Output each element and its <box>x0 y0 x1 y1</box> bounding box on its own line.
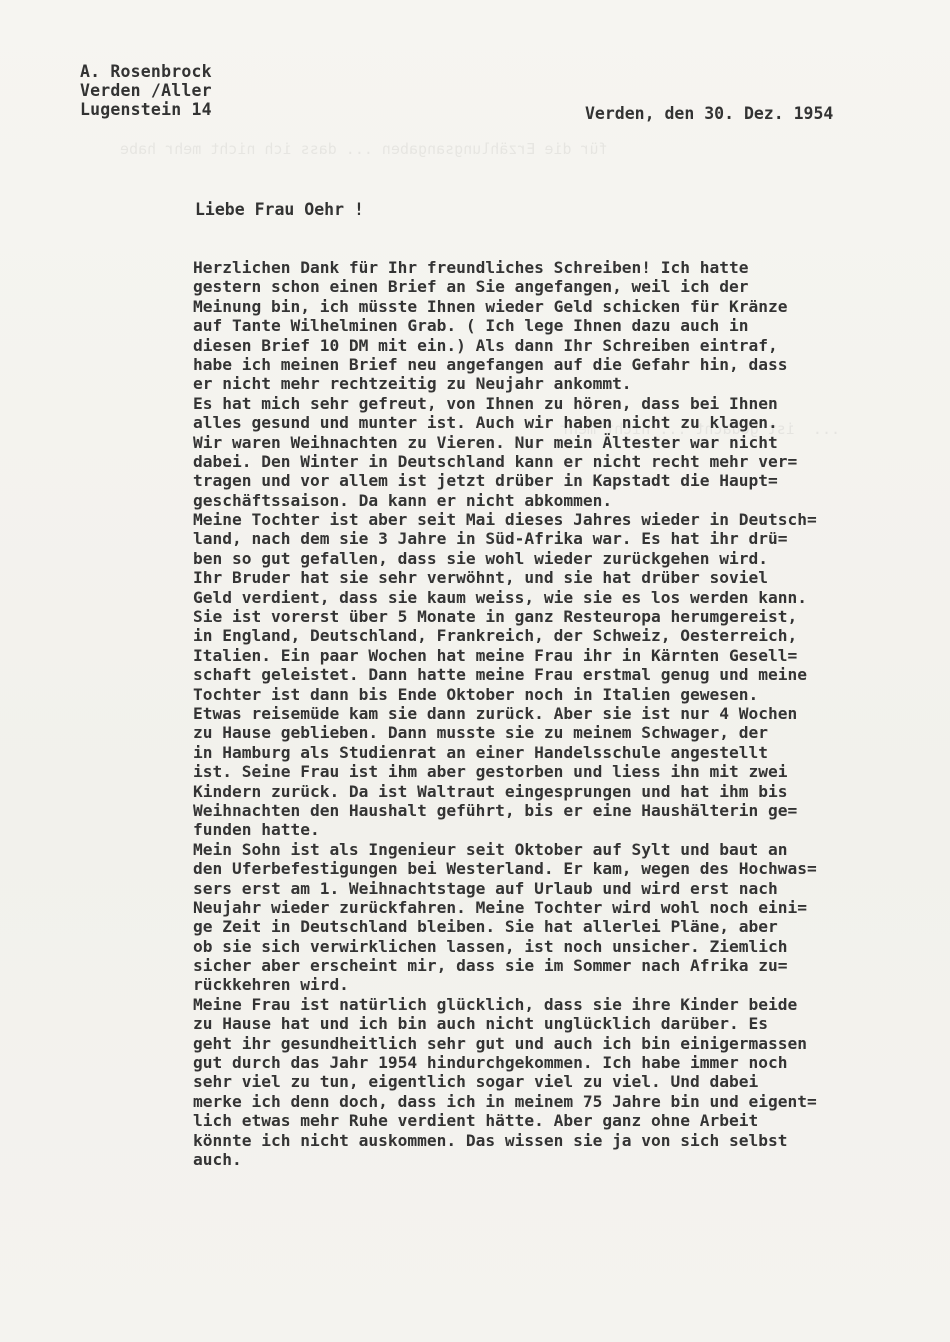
body-line: Neujahr wieder zurückfahren. Meine Tocht… <box>193 898 923 917</box>
body-line: ob sie sich verwirklichen lassen, ist no… <box>193 937 923 956</box>
body-line: Meine Frau ist natürlich glücklich, dass… <box>193 995 923 1014</box>
body-line: ist. Seine Frau ist ihm aber gestorben u… <box>193 762 923 781</box>
sender-street: Lugenstein 14 <box>80 100 212 119</box>
body-line: Tochter ist dann bis Ende Oktober noch i… <box>193 685 923 704</box>
sender-address: A. Rosenbrock Verden /Aller Lugenstein 1… <box>80 62 212 119</box>
body-line: sicher aber erscheint mir, dass sie im S… <box>193 956 923 975</box>
body-line: funden hatte. <box>193 820 923 839</box>
body-line: den Uferbefestigungen bei Westerland. Er… <box>193 859 923 878</box>
body-line: schaft geleistet. Dann hatte meine Frau … <box>193 665 923 684</box>
salutation: Liebe Frau Oehr ! <box>195 200 364 219</box>
body-line: geschäftssaison. Da kann er nicht abkomm… <box>193 491 923 510</box>
body-line: in England, Deutschland, Frankreich, der… <box>193 626 923 645</box>
body-line: rückkehren wird. <box>193 975 923 994</box>
body-line: land, nach dem sie 3 Jahre in Süd-Afrika… <box>193 529 923 548</box>
body-line: Wir waren Weihnachten zu Vieren. Nur mei… <box>193 433 923 452</box>
body-line: sehr viel zu tun, eigentlich sogar viel … <box>193 1072 923 1091</box>
body-line: Geld verdient, dass sie kaum weiss, wie … <box>193 588 923 607</box>
body-line: in Hamburg als Studienrat an einer Hande… <box>193 743 923 762</box>
body-line: merke ich denn doch, dass ich in meinem … <box>193 1092 923 1111</box>
body-line: auch. <box>193 1150 923 1169</box>
body-line: Meinung bin, ich müsste Ihnen wieder Gel… <box>193 297 923 316</box>
body-line: Kindern zurück. Da ist Waltraut eingespr… <box>193 782 923 801</box>
body-line: Etwas reisemüde kam sie dann zurück. Abe… <box>193 704 923 723</box>
body-line: ge Zeit in Deutschland bleiben. Sie hat … <box>193 917 923 936</box>
sender-name: A. Rosenbrock <box>80 62 212 81</box>
sender-city: Verden /Aller <box>80 81 212 100</box>
body-line: gestern schon einen Brief an Sie angefan… <box>193 277 923 296</box>
body-line: auf Tante Wilhelminen Grab. ( Ich lege I… <box>193 316 923 335</box>
body-line: zu Hause hat und ich bin auch nicht ungl… <box>193 1014 923 1033</box>
body-line: gut durch das Jahr 1954 hindurchgekommen… <box>193 1053 923 1072</box>
body-line: Herzlichen Dank für Ihr freundliches Sch… <box>193 258 923 277</box>
body-line: Meine Tochter ist aber seit Mai dieses J… <box>193 510 923 529</box>
body-line: ben so gut gefallen, dass sie wohl wiede… <box>193 549 923 568</box>
body-line: lich etwas mehr Ruhe verdient hätte. Abe… <box>193 1111 923 1130</box>
body-line: tragen und vor allem ist jetzt drüber in… <box>193 471 923 490</box>
body-line: Italien. Ein paar Wochen hat meine Frau … <box>193 646 923 665</box>
place-date: Verden, den 30. Dez. 1954 <box>585 104 833 123</box>
body-line: zu Hause geblieben. Dann musste sie zu m… <box>193 723 923 742</box>
body-line: Weihnachten den Haushalt geführt, bis er… <box>193 801 923 820</box>
letter-body: Herzlichen Dank für Ihr freundliches Sch… <box>193 258 923 1169</box>
body-line: Mein Sohn ist als Ingenieur seit Oktober… <box>193 840 923 859</box>
body-line: Sie ist vorerst über 5 Monate in ganz Re… <box>193 607 923 626</box>
body-line: habe ich meinen Brief neu angefangen auf… <box>193 355 923 374</box>
body-line: geht ihr gesundheitlich sehr gut und auc… <box>193 1034 923 1053</box>
body-line: Ihr Bruder hat sie sehr verwöhnt, und si… <box>193 568 923 587</box>
body-line: alles gesund und munter ist. Auch wir ha… <box>193 413 923 432</box>
body-line: Es hat mich sehr gefreut, von Ihnen zu h… <box>193 394 923 413</box>
body-line: dabei. Den Winter in Deutschland kann er… <box>193 452 923 471</box>
body-line: er nicht mehr rechtzeitig zu Neujahr ank… <box>193 374 923 393</box>
body-line: könnte ich nicht auskommen. Das wissen s… <box>193 1131 923 1150</box>
body-line: diesen Brief 10 DM mit ein.) Als dann Ih… <box>193 336 923 355</box>
body-line: sers erst am 1. Weihnachtstage auf Urlau… <box>193 879 923 898</box>
bleed-through-text: für die Erzählungsangaben ... dass ich n… <box>120 140 608 158</box>
letter-page: für die Erzählungsangaben ... dass ich n… <box>0 0 950 1342</box>
